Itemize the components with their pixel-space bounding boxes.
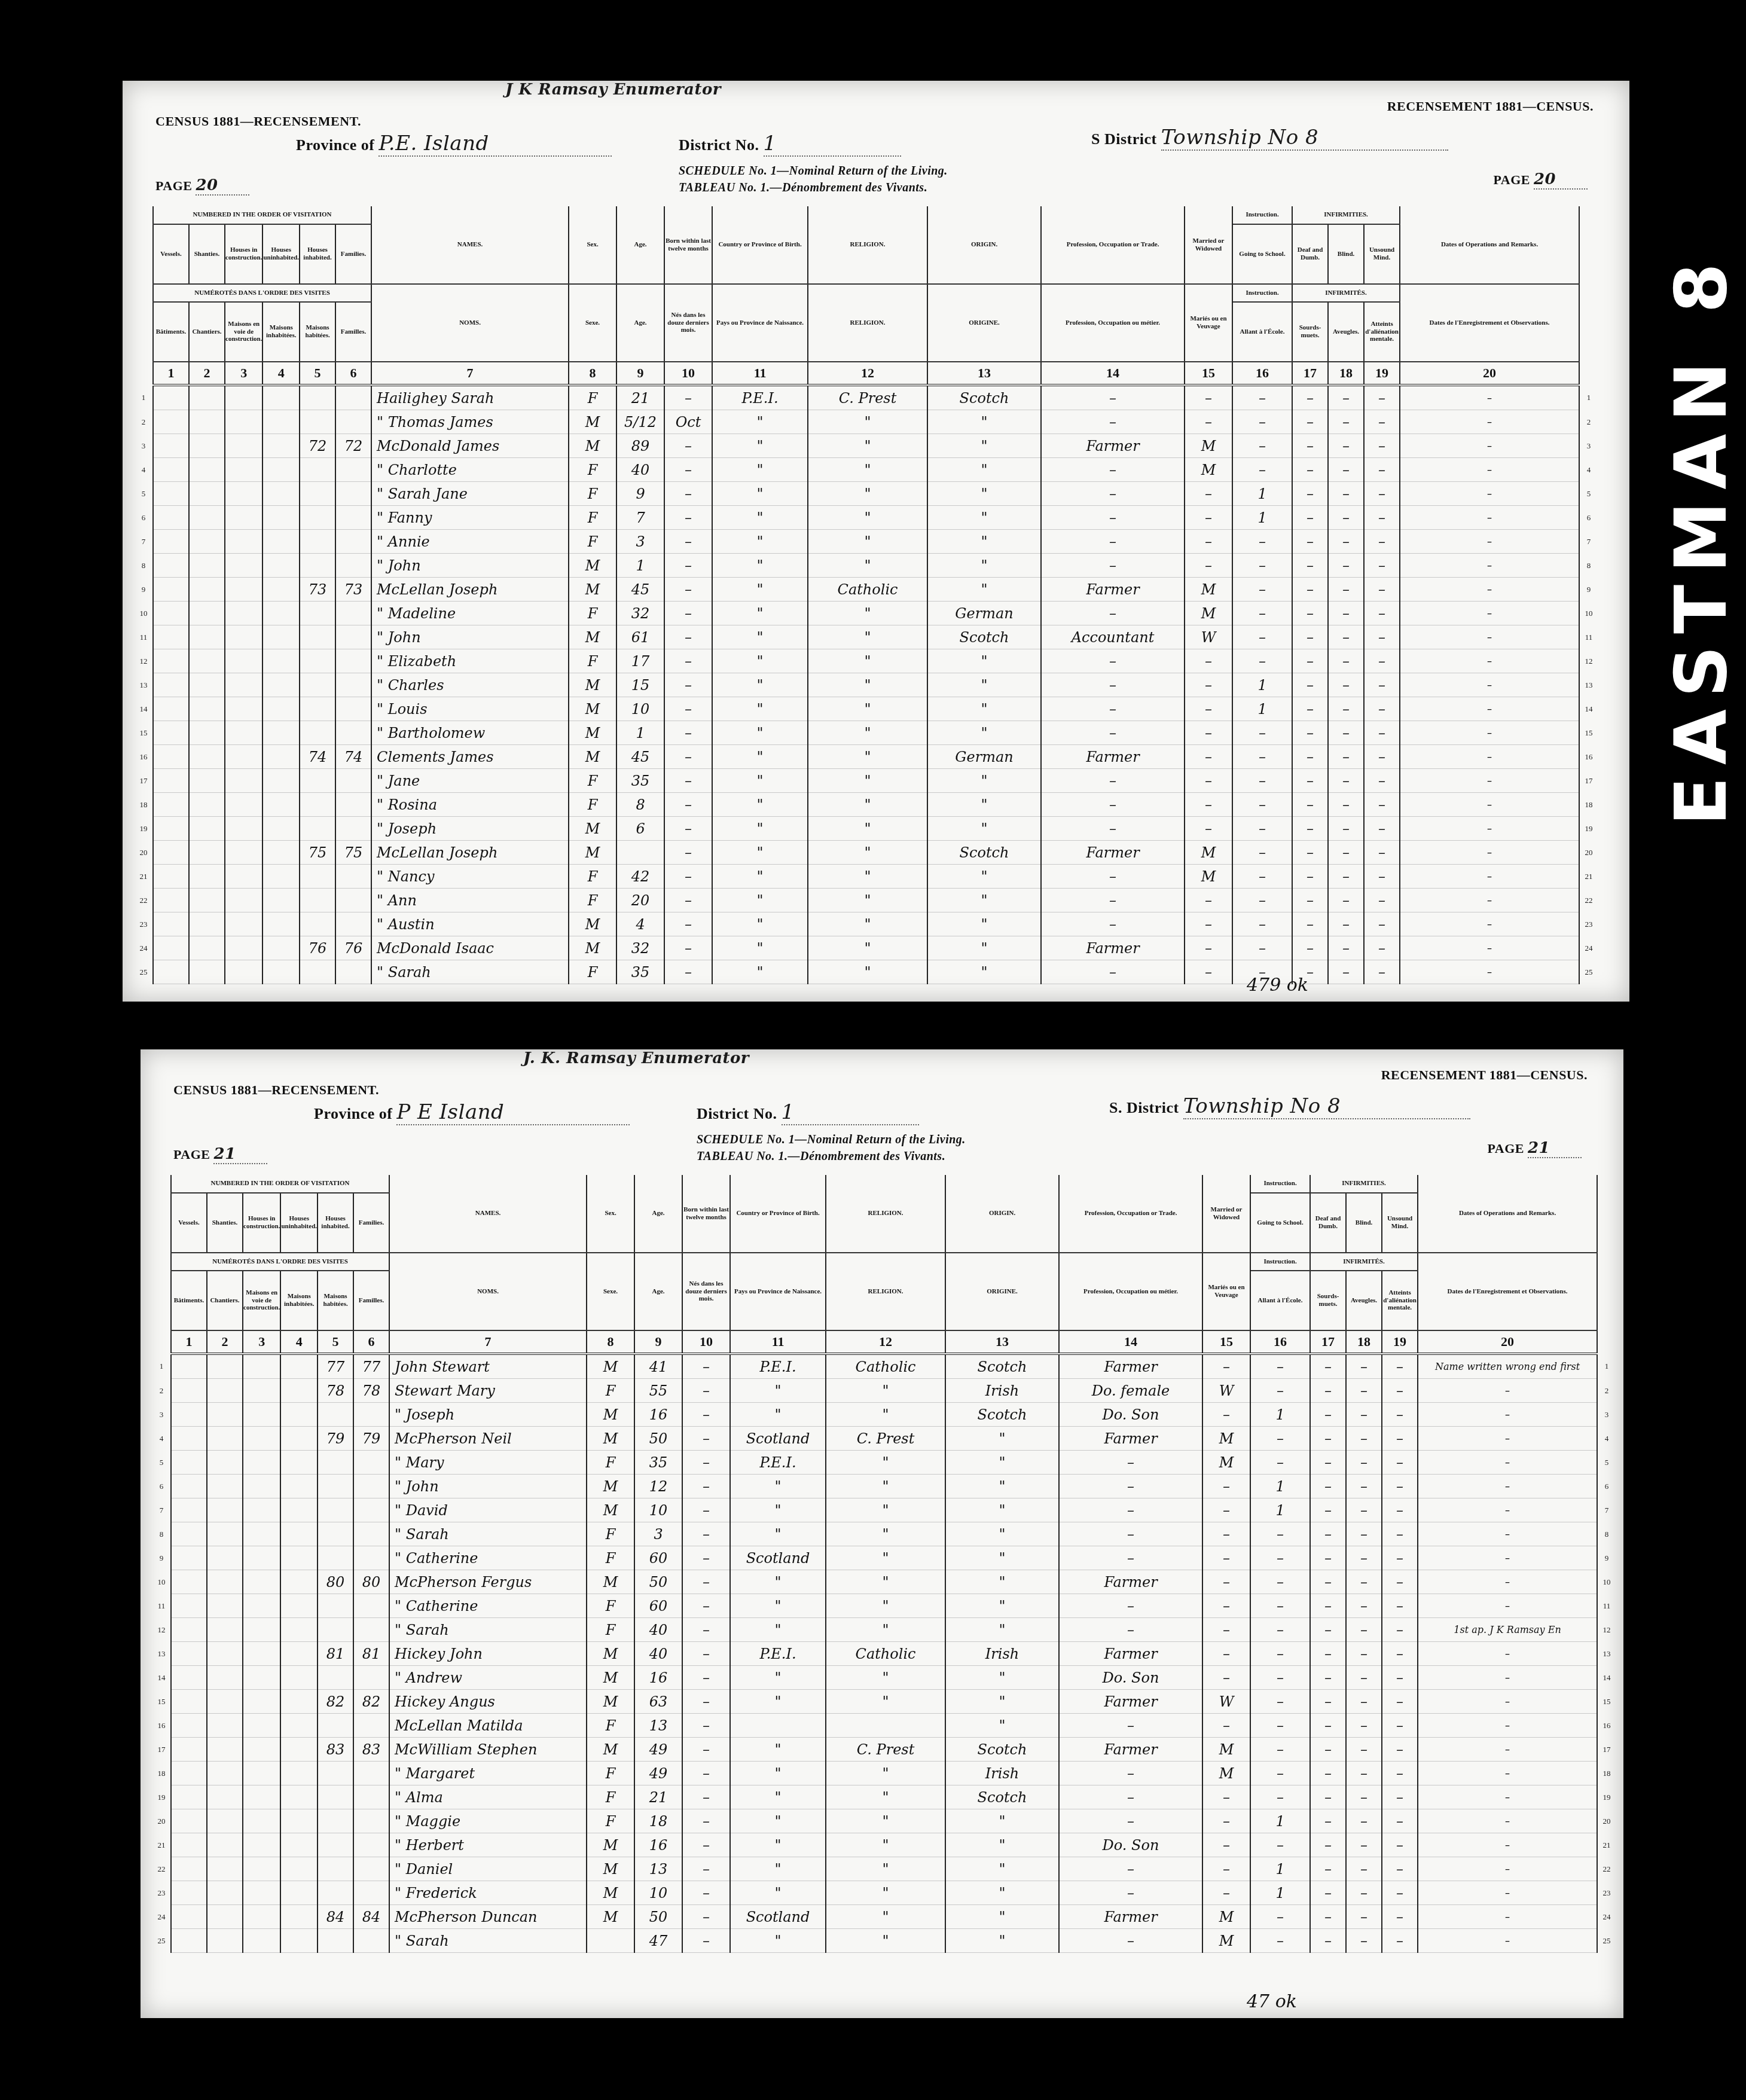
shanties-cell bbox=[207, 1570, 243, 1594]
marital-status-cell: M bbox=[1185, 578, 1232, 602]
remarks-cell: – bbox=[1400, 578, 1579, 602]
houses-construction-cell bbox=[225, 817, 262, 841]
line-number-left: 1 bbox=[152, 1354, 171, 1379]
families-cell bbox=[335, 960, 371, 984]
line-number-right: 3 bbox=[1579, 434, 1598, 458]
origin-cell: " bbox=[927, 458, 1041, 482]
spacer bbox=[135, 362, 153, 385]
origin-cell: " bbox=[927, 673, 1041, 697]
houses-inhabited-cell: 83 bbox=[318, 1738, 353, 1762]
families-cell bbox=[335, 482, 371, 506]
shanties-cell bbox=[207, 1714, 243, 1738]
table-row: 14" AndrewM16–"""Do. Son––––––14 bbox=[152, 1666, 1616, 1690]
born-last-year-cell: – bbox=[682, 1905, 730, 1929]
deaf-dumb-cell: – bbox=[1292, 889, 1328, 912]
sex-cell: F bbox=[569, 769, 616, 793]
houses-construction-cell bbox=[225, 530, 262, 554]
shanties-cell bbox=[189, 554, 225, 578]
birthplace-cell: " bbox=[730, 1379, 826, 1403]
person-name-cell: McWilliam Stephen bbox=[389, 1738, 587, 1762]
marital-status-cell: – bbox=[1185, 721, 1232, 745]
going-to-school-cell: – bbox=[1250, 1354, 1310, 1379]
families-cell bbox=[353, 1546, 389, 1570]
birthplace-cell: P.E.I. bbox=[712, 385, 808, 410]
houses-uninhabited-cell bbox=[280, 1451, 318, 1475]
sex-cell: M bbox=[587, 1690, 634, 1714]
deaf-dumb-cell: – bbox=[1310, 1881, 1346, 1905]
birthplace-cell: " bbox=[712, 912, 808, 936]
origin-cell: " bbox=[927, 410, 1041, 434]
remarks-cell: – bbox=[1418, 1498, 1597, 1522]
blind-cell: – bbox=[1328, 793, 1364, 817]
visitation-group-en: NUMBERED IN THE ORDER OF VISITATION bbox=[171, 1175, 389, 1193]
birthplace-cell: " bbox=[730, 1809, 826, 1833]
blind-cell: – bbox=[1328, 960, 1364, 984]
column-number: 14 bbox=[1041, 362, 1185, 385]
shanties-cell bbox=[207, 1475, 243, 1498]
marital-status-cell: – bbox=[1202, 1354, 1250, 1379]
vessels-cell bbox=[153, 602, 189, 625]
going-to-school-cell: 1 bbox=[1250, 1475, 1310, 1498]
religion-cell: " bbox=[826, 1857, 945, 1881]
occupation-cell: – bbox=[1059, 1498, 1202, 1522]
col-unsound: Unsound Mind. bbox=[1382, 1193, 1418, 1253]
occupation-cell: – bbox=[1041, 673, 1185, 697]
going-to-school-cell: – bbox=[1232, 817, 1292, 841]
vessels-cell bbox=[171, 1762, 207, 1785]
houses-uninhabited-cell bbox=[262, 625, 300, 649]
col-deaf: Deaf and Dumb. bbox=[1310, 1193, 1346, 1253]
houses-inhabited-cell bbox=[318, 1929, 353, 1953]
person-name-cell: " John bbox=[371, 625, 569, 649]
age-cell: 7 bbox=[616, 506, 664, 530]
col-religion-fr: RELIGION. bbox=[808, 284, 927, 362]
going-to-school-cell: – bbox=[1250, 1427, 1310, 1451]
houses-inhabited-cell bbox=[318, 1403, 353, 1427]
col-unsound: Unsound Mind. bbox=[1364, 224, 1400, 284]
origin-cell: German bbox=[927, 745, 1041, 769]
blind-cell: – bbox=[1328, 817, 1364, 841]
born-last-year-cell: – bbox=[664, 385, 712, 410]
person-name-cell: " Maggie bbox=[389, 1809, 587, 1833]
schedule-fr: TABLEAU No. 1.—Dénombrement des Vivants. bbox=[697, 1150, 945, 1164]
marital-status-cell: M bbox=[1185, 458, 1232, 482]
religion-cell: " bbox=[808, 721, 927, 745]
birthplace-cell: P.E.I. bbox=[730, 1642, 826, 1666]
houses-construction-cell bbox=[225, 482, 262, 506]
houses-construction-cell bbox=[243, 1475, 280, 1498]
blind-cell: – bbox=[1346, 1881, 1382, 1905]
houses-uninhabited-cell bbox=[280, 1403, 318, 1427]
deaf-dumb-cell: – bbox=[1292, 625, 1328, 649]
houses-inhabited-cell bbox=[300, 554, 335, 578]
marital-status-cell: – bbox=[1185, 912, 1232, 936]
sex-cell: M bbox=[569, 434, 616, 458]
deaf-dumb-cell: – bbox=[1310, 1929, 1346, 1953]
unsound-mind-cell: – bbox=[1382, 1809, 1418, 1833]
column-number: 4 bbox=[262, 362, 300, 385]
census-title-right: RECENSEMENT 1881—CENSUS. bbox=[1381, 1067, 1588, 1083]
col-age-fr: Age. bbox=[616, 284, 664, 362]
line-number-left: 22 bbox=[152, 1857, 171, 1881]
occupation-cell: Farmer bbox=[1041, 936, 1185, 960]
col-aveugles: Aveugles. bbox=[1346, 1271, 1382, 1330]
deaf-dumb-cell: – bbox=[1310, 1690, 1346, 1714]
deaf-dumb-cell: – bbox=[1292, 912, 1328, 936]
religion-cell: " bbox=[826, 1546, 945, 1570]
birthplace-cell: " bbox=[730, 1857, 826, 1881]
col-houses-uninhabited: Houses uninhabited. bbox=[262, 224, 300, 284]
line-number-right: 19 bbox=[1597, 1785, 1616, 1809]
deaf-dumb-cell: – bbox=[1292, 697, 1328, 721]
unsound-mind-cell: – bbox=[1382, 1642, 1418, 1666]
going-to-school-cell: – bbox=[1250, 1762, 1310, 1785]
blind-cell: – bbox=[1346, 1354, 1382, 1379]
going-to-school-cell: 1 bbox=[1250, 1857, 1310, 1881]
subdistrict-label: S. District bbox=[1109, 1099, 1179, 1116]
line-number-right: 2 bbox=[1579, 410, 1598, 434]
birthplace-cell: " bbox=[712, 649, 808, 673]
houses-inhabited-cell bbox=[300, 625, 335, 649]
born-last-year-cell: – bbox=[682, 1642, 730, 1666]
born-last-year-cell: – bbox=[682, 1714, 730, 1738]
birthplace-cell: P.E.I. bbox=[730, 1354, 826, 1379]
line-number-left: 2 bbox=[135, 410, 153, 434]
col-pays: Pays ou Province de Naissance. bbox=[730, 1253, 826, 1330]
remarks-cell: – bbox=[1418, 1857, 1597, 1881]
deaf-dumb-cell: – bbox=[1310, 1762, 1346, 1785]
deaf-dumb-cell: – bbox=[1310, 1738, 1346, 1762]
houses-uninhabited-cell bbox=[280, 1833, 318, 1857]
marital-status-cell: – bbox=[1202, 1666, 1250, 1690]
shanties-cell bbox=[189, 602, 225, 625]
deaf-dumb-cell: – bbox=[1310, 1379, 1346, 1403]
table-row: 12" ElizabethF17–"""–––––––12 bbox=[135, 649, 1598, 673]
marital-status-cell: – bbox=[1185, 745, 1232, 769]
families-cell bbox=[353, 1403, 389, 1427]
person-name-cell: McLellan Joseph bbox=[371, 841, 569, 865]
vessels-cell bbox=[171, 1666, 207, 1690]
birthplace-cell: " bbox=[712, 769, 808, 793]
unsound-mind-cell: – bbox=[1364, 841, 1400, 865]
line-number-left: 10 bbox=[152, 1570, 171, 1594]
col-blind: Blind. bbox=[1346, 1193, 1382, 1253]
houses-uninhabited-cell bbox=[280, 1642, 318, 1666]
enumerator-note: J. K. Ramsay Enumerator bbox=[523, 1049, 749, 1067]
column-number: 9 bbox=[616, 362, 664, 385]
families-cell bbox=[335, 697, 371, 721]
subdistrict-label: S District bbox=[1091, 130, 1157, 148]
going-to-school-cell: – bbox=[1232, 721, 1292, 745]
vessels-cell bbox=[171, 1379, 207, 1403]
birthplace-cell: " bbox=[712, 625, 808, 649]
occupation-cell: – bbox=[1041, 506, 1185, 530]
person-name-cell: " Sarah bbox=[389, 1618, 587, 1642]
going-to-school-cell: – bbox=[1232, 793, 1292, 817]
unsound-mind-cell: – bbox=[1364, 530, 1400, 554]
column-number: 18 bbox=[1346, 1330, 1382, 1354]
born-last-year-cell: – bbox=[664, 578, 712, 602]
col-remarks: Dates of Operations and Remarks. bbox=[1418, 1175, 1597, 1253]
column-number: 20 bbox=[1400, 362, 1579, 385]
line-number-right: 6 bbox=[1579, 506, 1598, 530]
families-cell bbox=[335, 912, 371, 936]
occupation-cell: – bbox=[1041, 602, 1185, 625]
birthplace-cell: " bbox=[712, 458, 808, 482]
col-blind: Blind. bbox=[1328, 224, 1364, 284]
person-name-cell: " David bbox=[389, 1498, 587, 1522]
table-row: 7" DavidM10–"""––1––––7 bbox=[152, 1498, 1616, 1522]
going-to-school-cell: – bbox=[1232, 769, 1292, 793]
blind-cell: – bbox=[1328, 865, 1364, 889]
sex-cell: F bbox=[569, 649, 616, 673]
houses-uninhabited-cell bbox=[262, 817, 300, 841]
occupation-cell: Farmer bbox=[1059, 1570, 1202, 1594]
line-number-right: 17 bbox=[1579, 769, 1598, 793]
vessels-cell bbox=[171, 1427, 207, 1451]
going-to-school-cell: – bbox=[1250, 1785, 1310, 1809]
age-cell: 40 bbox=[634, 1618, 682, 1642]
line-number-left: 7 bbox=[135, 530, 153, 554]
table-row: 25" Sarah47–"""–M–––––25 bbox=[152, 1929, 1616, 1953]
vessels-cell bbox=[171, 1738, 207, 1762]
shanties-cell bbox=[189, 410, 225, 434]
unsound-mind-cell: – bbox=[1382, 1498, 1418, 1522]
birthplace-cell: " bbox=[712, 936, 808, 960]
person-name-cell: " Louis bbox=[371, 697, 569, 721]
line-number-left: 20 bbox=[152, 1809, 171, 1833]
line-number-right: 21 bbox=[1597, 1833, 1616, 1857]
col-observations: Dates de l'Enregistrement et Observation… bbox=[1418, 1253, 1597, 1330]
vessels-cell bbox=[171, 1809, 207, 1833]
sex-cell: M bbox=[587, 1881, 634, 1905]
age-cell: 49 bbox=[634, 1762, 682, 1785]
born-last-year-cell: – bbox=[682, 1594, 730, 1618]
age-cell: 45 bbox=[616, 578, 664, 602]
houses-construction-cell bbox=[243, 1546, 280, 1570]
blind-cell: – bbox=[1328, 721, 1364, 745]
col-alienation: Atteints d'aliénation mentale. bbox=[1364, 302, 1400, 362]
occupation-cell: – bbox=[1041, 865, 1185, 889]
sex-cell: M bbox=[587, 1498, 634, 1522]
houses-uninhabited-cell bbox=[262, 721, 300, 745]
sex-cell: M bbox=[569, 936, 616, 960]
remarks-cell: – bbox=[1418, 1642, 1597, 1666]
vessels-cell bbox=[153, 578, 189, 602]
remarks-cell: – bbox=[1418, 1475, 1597, 1498]
occupation-cell: – bbox=[1059, 1522, 1202, 1546]
person-name-cell: " Ann bbox=[371, 889, 569, 912]
district-value: 1 bbox=[764, 132, 901, 157]
shanties-cell bbox=[207, 1379, 243, 1403]
vessels-cell bbox=[153, 841, 189, 865]
religion-cell: C. Prest bbox=[826, 1427, 945, 1451]
vessels-cell bbox=[171, 1857, 207, 1881]
families-cell bbox=[353, 1666, 389, 1690]
houses-construction-cell bbox=[225, 602, 262, 625]
remarks-cell: – bbox=[1400, 745, 1579, 769]
unsound-mind-cell: – bbox=[1382, 1905, 1418, 1929]
col-sex: Sex. bbox=[569, 206, 616, 284]
col-maisons-habitees: Maisons habitées. bbox=[318, 1271, 353, 1330]
table-row: 15" BartholomewM1–"""–––––––15 bbox=[135, 721, 1598, 745]
religion-cell: C. Prest bbox=[808, 385, 927, 410]
unsound-mind-cell: – bbox=[1382, 1451, 1418, 1475]
sex-cell: M bbox=[587, 1403, 634, 1427]
houses-construction-cell bbox=[243, 1451, 280, 1475]
houses-construction-cell bbox=[243, 1690, 280, 1714]
page-number-right: 20 bbox=[1534, 170, 1588, 190]
vessels-cell bbox=[153, 458, 189, 482]
age-cell: 60 bbox=[634, 1594, 682, 1618]
birthplace-cell: " bbox=[712, 697, 808, 721]
houses-uninhabited-cell bbox=[262, 530, 300, 554]
line-number-left: 12 bbox=[152, 1618, 171, 1642]
families-cell bbox=[353, 1618, 389, 1642]
table-row: 108080McPherson FergusM50–"""Farmer–––––… bbox=[152, 1570, 1616, 1594]
shanties-cell bbox=[189, 578, 225, 602]
occupation-cell: – bbox=[1041, 649, 1185, 673]
column-number: 12 bbox=[808, 362, 927, 385]
shanties-cell bbox=[207, 1809, 243, 1833]
houses-construction-cell bbox=[243, 1809, 280, 1833]
unsound-mind-cell: – bbox=[1382, 1857, 1418, 1881]
origin-cell: " bbox=[945, 1451, 1059, 1475]
vessels-cell bbox=[153, 912, 189, 936]
table-row: 158282Hickey AngusM63–"""FarmerW–––––15 bbox=[152, 1690, 1616, 1714]
census-page-21: J. K. Ramsay Enumerator CENSUS 1881—RECE… bbox=[141, 1049, 1623, 2018]
occupation-cell: Farmer bbox=[1059, 1738, 1202, 1762]
shanties-cell bbox=[189, 530, 225, 554]
col-sexe: Sexe. bbox=[569, 284, 616, 362]
sex-cell: F bbox=[569, 530, 616, 554]
marital-status-cell: – bbox=[1202, 1857, 1250, 1881]
families-cell bbox=[335, 769, 371, 793]
unsound-mind-cell: – bbox=[1364, 865, 1400, 889]
age-cell: 12 bbox=[634, 1475, 682, 1498]
vessels-cell bbox=[153, 482, 189, 506]
occupation-cell: – bbox=[1059, 1881, 1202, 1905]
sex-cell: M bbox=[569, 745, 616, 769]
occupation-cell: – bbox=[1041, 793, 1185, 817]
shanties-cell bbox=[207, 1618, 243, 1642]
line-number-left: 19 bbox=[152, 1785, 171, 1809]
born-last-year-cell: – bbox=[664, 960, 712, 984]
houses-inhabited-cell bbox=[318, 1546, 353, 1570]
column-number: 12 bbox=[826, 1330, 945, 1354]
deaf-dumb-cell: – bbox=[1292, 458, 1328, 482]
origin-cell: " bbox=[945, 1475, 1059, 1498]
houses-construction-cell bbox=[243, 1618, 280, 1642]
houses-uninhabited-cell bbox=[262, 841, 300, 865]
line-number-right: 3 bbox=[1597, 1403, 1616, 1427]
table-row: 16McLellan MatildaF13–"–––––––16 bbox=[152, 1714, 1616, 1738]
col-maisons-inhabitees: Maisons inhabitées. bbox=[280, 1271, 318, 1330]
visitation-group-fr: NUMÉROTÉS DANS L'ORDRE DES VISITES bbox=[171, 1253, 389, 1271]
column-number: 19 bbox=[1382, 1330, 1418, 1354]
person-name-cell: McPherson Duncan bbox=[389, 1905, 587, 1929]
blind-cell: – bbox=[1328, 912, 1364, 936]
houses-construction-cell bbox=[243, 1738, 280, 1762]
column-number: 17 bbox=[1310, 1330, 1346, 1354]
person-name-cell: " Jane bbox=[371, 769, 569, 793]
blind-cell: – bbox=[1346, 1618, 1382, 1642]
born-last-year-cell: – bbox=[664, 673, 712, 697]
going-to-school-cell: – bbox=[1250, 1929, 1310, 1953]
table-row: 23" FrederickM10–"""––1––––23 bbox=[152, 1881, 1616, 1905]
age-cell: 5/12 bbox=[616, 410, 664, 434]
houses-uninhabited-cell bbox=[262, 889, 300, 912]
page-label-left: PAGE bbox=[173, 1147, 210, 1162]
houses-uninhabited-cell bbox=[280, 1618, 318, 1642]
houses-uninhabited-cell bbox=[262, 385, 300, 410]
houses-inhabited-cell bbox=[318, 1881, 353, 1905]
col-religion-fr: RELIGION. bbox=[826, 1253, 945, 1330]
occupation-cell: Do. Son bbox=[1059, 1666, 1202, 1690]
born-last-year-cell: – bbox=[664, 865, 712, 889]
line-number-left: 8 bbox=[152, 1522, 171, 1546]
shanties-cell bbox=[189, 721, 225, 745]
table-row: 27878Stewart MaryF55–""IrishDo. femaleW–… bbox=[152, 1379, 1616, 1403]
line-number-left: 5 bbox=[135, 482, 153, 506]
col-maries: Mariés ou en Veuvage bbox=[1202, 1253, 1250, 1330]
infirmities-group: INFIRMITIES. bbox=[1292, 206, 1400, 224]
shanties-cell bbox=[207, 1690, 243, 1714]
person-name-cell: " Elizabeth bbox=[371, 649, 569, 673]
blind-cell: – bbox=[1328, 649, 1364, 673]
age-cell: 32 bbox=[616, 936, 664, 960]
marital-status-cell: – bbox=[1185, 697, 1232, 721]
religion-cell: " bbox=[826, 1929, 945, 1953]
marital-status-cell: – bbox=[1202, 1809, 1250, 1833]
birthplace-cell: " bbox=[730, 1738, 826, 1762]
religion-cell: " bbox=[808, 745, 927, 769]
person-name-cell: Clements James bbox=[371, 745, 569, 769]
blind-cell: – bbox=[1328, 936, 1364, 960]
line-number-left: 12 bbox=[135, 649, 153, 673]
column-number: 1 bbox=[171, 1330, 207, 1354]
col-chantiers: Chantiers. bbox=[189, 302, 225, 362]
houses-inhabited-cell: 73 bbox=[300, 578, 335, 602]
col-origin: ORIGIN. bbox=[945, 1175, 1059, 1253]
origin-cell: " bbox=[927, 936, 1041, 960]
line-number-left: 21 bbox=[135, 865, 153, 889]
origin-cell: Scotch bbox=[945, 1354, 1059, 1379]
remarks-cell: – bbox=[1400, 506, 1579, 530]
column-number: 5 bbox=[300, 362, 335, 385]
sex-cell: F bbox=[587, 1594, 634, 1618]
shanties-cell bbox=[189, 458, 225, 482]
born-last-year-cell: – bbox=[682, 1451, 730, 1475]
table-row: 22" AnnF20–"""–––––––22 bbox=[135, 889, 1598, 912]
occupation-cell: Farmer bbox=[1059, 1354, 1202, 1379]
table-row: 7" AnnieF3–"""–––––––7 bbox=[135, 530, 1598, 554]
col-religion: RELIGION. bbox=[808, 206, 927, 284]
families-cell: 74 bbox=[335, 745, 371, 769]
marital-status-cell: M bbox=[1202, 1451, 1250, 1475]
person-name-cell: " John bbox=[389, 1475, 587, 1498]
line-number-right: 9 bbox=[1597, 1546, 1616, 1570]
schedule-en: SCHEDULE No. 1—Nominal Return of the Liv… bbox=[679, 164, 948, 178]
line-number-right: 22 bbox=[1579, 889, 1598, 912]
person-name-cell: " Charles bbox=[371, 673, 569, 697]
deaf-dumb-cell: – bbox=[1310, 1642, 1346, 1666]
unsound-mind-cell: – bbox=[1364, 936, 1400, 960]
birthplace-cell: Scotland bbox=[730, 1427, 826, 1451]
occupation-cell: – bbox=[1059, 1857, 1202, 1881]
age-cell: 16 bbox=[634, 1666, 682, 1690]
remarks-cell: – bbox=[1400, 697, 1579, 721]
